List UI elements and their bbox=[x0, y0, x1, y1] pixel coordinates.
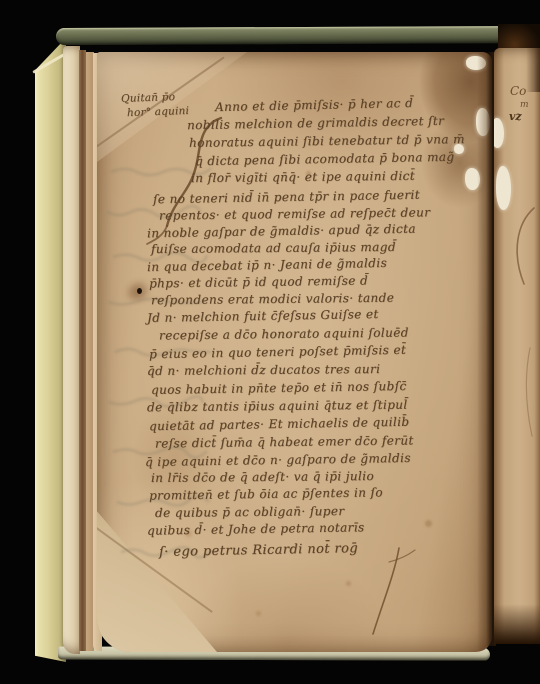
text-line: quos habuit in pn̄te tep̄o et in̄ nos ſu… bbox=[151, 379, 407, 397]
text-line: de quibus p̄ ac obligan̄· ſuper bbox=[155, 504, 345, 520]
text-line: in lr̄is dc̄o de q̄ adeſt· va q̄ ip̄i ju… bbox=[151, 469, 374, 485]
text-line: p̄hps· et dicūt p̄ id quod remiſse d̄ bbox=[149, 273, 368, 290]
foxing-spots bbox=[97, 52, 100, 55]
page-edge-stack-outer bbox=[63, 46, 80, 654]
manuscript-page: Quitan̄ p̄o hor° aquini Anno et die p̄mi… bbox=[97, 52, 492, 652]
text-line: in qua decebat ip̄ n· Jeani de g̃maldis bbox=[147, 256, 387, 274]
facing-text-fragment: m bbox=[520, 100, 529, 110]
text-line: p̄ eius eo in quo teneri poſset p̄miſsis… bbox=[149, 343, 406, 361]
text-line: in flor̄ vigīti qn̄q̄· et ipe aquini dic… bbox=[191, 169, 415, 185]
facing-page-corner-shadow bbox=[526, 48, 540, 92]
paper-loss-chip bbox=[496, 166, 511, 210]
paper-loss-chip bbox=[494, 118, 504, 148]
margin-note-line-2: hor° aquini bbox=[127, 105, 190, 119]
text-line: q̄ ipe aquini et dc̄o n· gaſparo de g̃ma… bbox=[145, 451, 411, 469]
facing-text-fragment: Co bbox=[510, 84, 526, 98]
facing-page-sliver: Co m vz bbox=[494, 48, 540, 644]
text-line: reſse dict̄ ſum̄a q̄ habeat emer dc̄o fe… bbox=[155, 433, 414, 450]
margin-note-line-1: Quitan̄ p̄o bbox=[121, 91, 176, 105]
text-line: recepiſse a dc̄o honorato aquini ſoluēd bbox=[159, 325, 409, 342]
text-line: quibus d̄· et Johe de petra notarīs bbox=[147, 520, 365, 537]
ink-blot bbox=[137, 288, 142, 294]
facing-text-fragment: vz bbox=[509, 110, 522, 123]
vellum-cover-top-edge bbox=[56, 26, 538, 45]
text-line: q̄d n· melchioni d̄z ducatos tres auri bbox=[147, 362, 380, 378]
text-line: reſpondens erat modici valoris· tande bbox=[151, 291, 394, 308]
facing-page-bottom-curl bbox=[494, 604, 540, 644]
vellum-cover-left-edge bbox=[35, 36, 66, 662]
text-line: ſe no teneri nid̄ in̄ pena tp̄r in pace … bbox=[153, 188, 420, 207]
text-line: Jd n· melchion fuit c̄feſsus Guiſse et bbox=[147, 307, 379, 325]
text-line: in noble gaſpar de g̃maldis· apud q̄z di… bbox=[147, 222, 416, 241]
text-line: fuiſse acomodata ad cauſa ip̄ius magd̄ bbox=[151, 240, 396, 256]
signature-line: ſ· ego petrus Ricardi not̄ roḡ bbox=[159, 541, 358, 560]
text-line: Anno et die p̄miſsis· p̄ her ac d̄ bbox=[215, 96, 413, 114]
page-edge-stack-dark bbox=[79, 50, 86, 651]
text-line: repentos· et quod remiſse ad reſpec̄t de… bbox=[159, 205, 430, 222]
text-line: de q̄libz tantis ip̄ius aquini q̄tuz et … bbox=[147, 398, 408, 415]
text-line: promitten̄ et ſub ōia ac p̄ſentes in ſo bbox=[149, 485, 383, 502]
manuscript-photo: Quitan̄ p̄o hor° aquini Anno et die p̄mi… bbox=[0, 0, 540, 684]
